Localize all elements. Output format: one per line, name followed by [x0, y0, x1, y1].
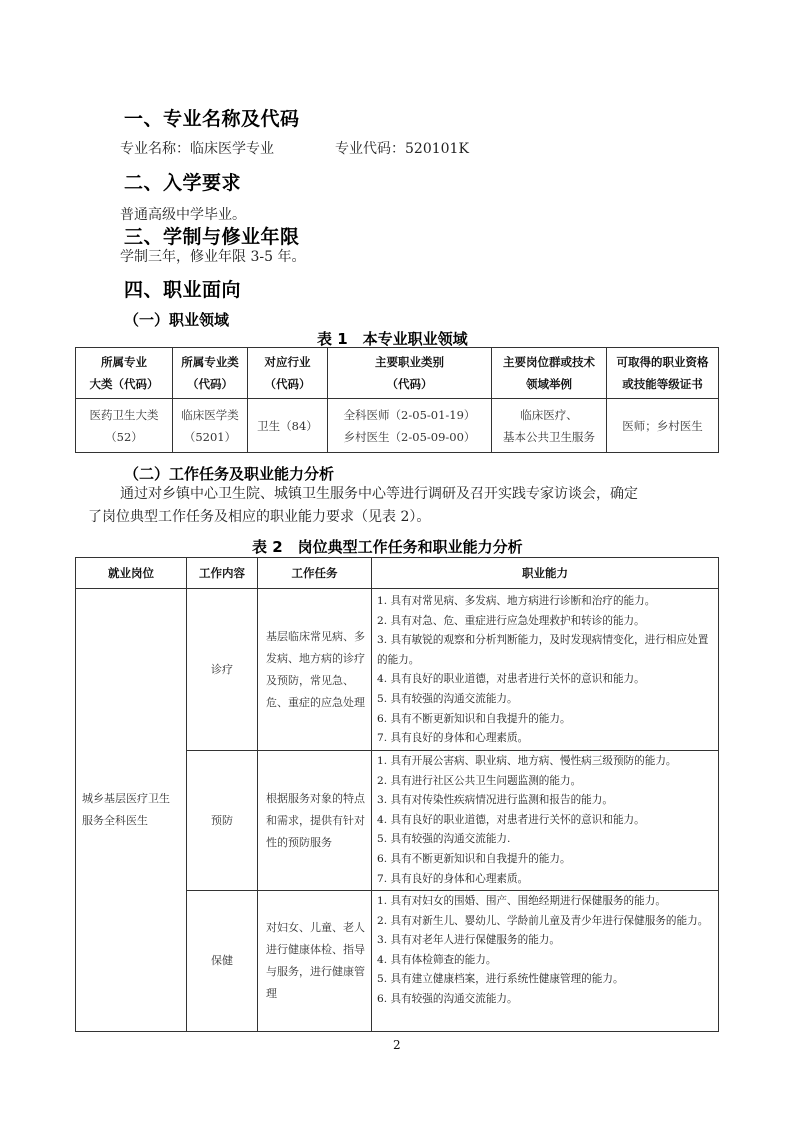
cell-position: 城乡基层医疗卫生服务全科医生 — [76, 589, 187, 1032]
table-row: 医药卫生大类（52） 临床医学类（5201） 卫生（84） 全科医师（2-05-… — [76, 399, 719, 453]
cell-positions: 临床医疗、基本公共卫生服务 — [492, 399, 607, 453]
career-field-table: 所属专业大类（代码） 所属专业类（代码） 对应行业（代码） 主要职业类别（代码）… — [75, 347, 719, 453]
th-ability: 职业能力 — [372, 558, 719, 589]
th-work-task: 工作任务 — [258, 558, 372, 589]
cell-content: 预防 — [187, 751, 258, 891]
table2-caption: 表 2 岗位典型工作任务和职业能力分析 — [252, 536, 523, 557]
heading-major-name-code: 一、专业名称及代码 — [124, 104, 300, 131]
table2-header-row: 就业岗位 工作内容 工作任务 职业能力 — [76, 558, 719, 589]
th-work-content: 工作内容 — [187, 558, 258, 589]
cell-abilities: 1. 具有对妇女的围婚、围产、围绝经期进行保健服务的能力。 2. 具有对新生儿、… — [372, 891, 719, 1032]
cell-content: 诊疗 — [187, 589, 258, 751]
analysis-paragraph-line2: 了岗位典型工作任务及相应的职业能力要求（见表 2）。 — [88, 506, 430, 529]
table1-header-row: 所属专业大类（代码） 所属专业类（代码） 对应行业（代码） 主要职业类别（代码）… — [76, 348, 719, 399]
th-major-category: 所属专业大类（代码） — [76, 348, 173, 399]
subheading-career-field: （一）职业领域 — [124, 309, 229, 330]
cell-abilities: 1. 具有开展公害病、职业病、地方病、慢性病三级预防的能力。 2. 具有进行社区… — [372, 751, 719, 891]
major-name: 专业名称：临床医学专业 — [120, 138, 274, 158]
table1-caption: 表 1 本专业职业领域 — [317, 328, 468, 349]
cell-task: 基层临床常见病、多发病、地方病的诊疗及预防，常见急、危、重症的应急处理 — [258, 589, 372, 751]
th-positions: 主要岗位群或技术领域举例 — [492, 348, 607, 399]
analysis-paragraph-line1: 通过对乡镇中心卫生院、城镇卫生服务中心等进行调研及召开实践专家访谈会，确定 — [120, 483, 638, 506]
major-code: 专业代码：520101K — [335, 138, 469, 158]
subheading-task-analysis: （二）工作任务及职业能力分析 — [124, 463, 334, 484]
cell-certificates: 医师；乡村医生 — [607, 399, 719, 453]
heading-duration: 三、学制与修业年限 — [124, 222, 300, 249]
cell-content: 保健 — [187, 891, 258, 1032]
th-industry: 对应行业（代码） — [248, 348, 328, 399]
cell-task: 根据服务对象的特点和需求，提供有针对性的预防服务 — [258, 751, 372, 891]
th-major-class: 所属专业类（代码） — [173, 348, 248, 399]
th-position: 就业岗位 — [76, 558, 187, 589]
cell-abilities: 1. 具有对常见病、多发病、地方病进行诊断和治疗的能力。 2. 具有对急、危、重… — [372, 589, 719, 751]
heading-career: 四、职业面向 — [124, 275, 241, 302]
cell-task: 对妇女、儿童、老人进行健康体检、指导与服务，进行健康管理 — [258, 891, 372, 1032]
cell-industry: 卫生（84） — [248, 399, 328, 453]
admission-text: 普通高级中学毕业。 — [120, 204, 246, 224]
table-row: 城乡基层医疗卫生服务全科医生 诊疗 基层临床常见病、多发病、地方病的诊疗及预防，… — [76, 589, 719, 751]
page-number: 2 — [393, 1038, 401, 1052]
cell-occupation: 全科医师（2-05-01-19）乡村医生（2-05-09-00） — [328, 399, 492, 453]
duration-text: 学制三年，修业年限 3-5 年。 — [120, 246, 305, 266]
cell-major-category: 医药卫生大类（52） — [76, 399, 173, 453]
heading-admission: 二、入学要求 — [124, 168, 241, 195]
cell-major-class: 临床医学类（5201） — [173, 399, 248, 453]
th-certificates: 可取得的职业资格或技能等级证书 — [607, 348, 719, 399]
task-ability-table: 就业岗位 工作内容 工作任务 职业能力 城乡基层医疗卫生服务全科医生 诊疗 基层… — [75, 557, 719, 1032]
th-occupation: 主要职业类别（代码） — [328, 348, 492, 399]
